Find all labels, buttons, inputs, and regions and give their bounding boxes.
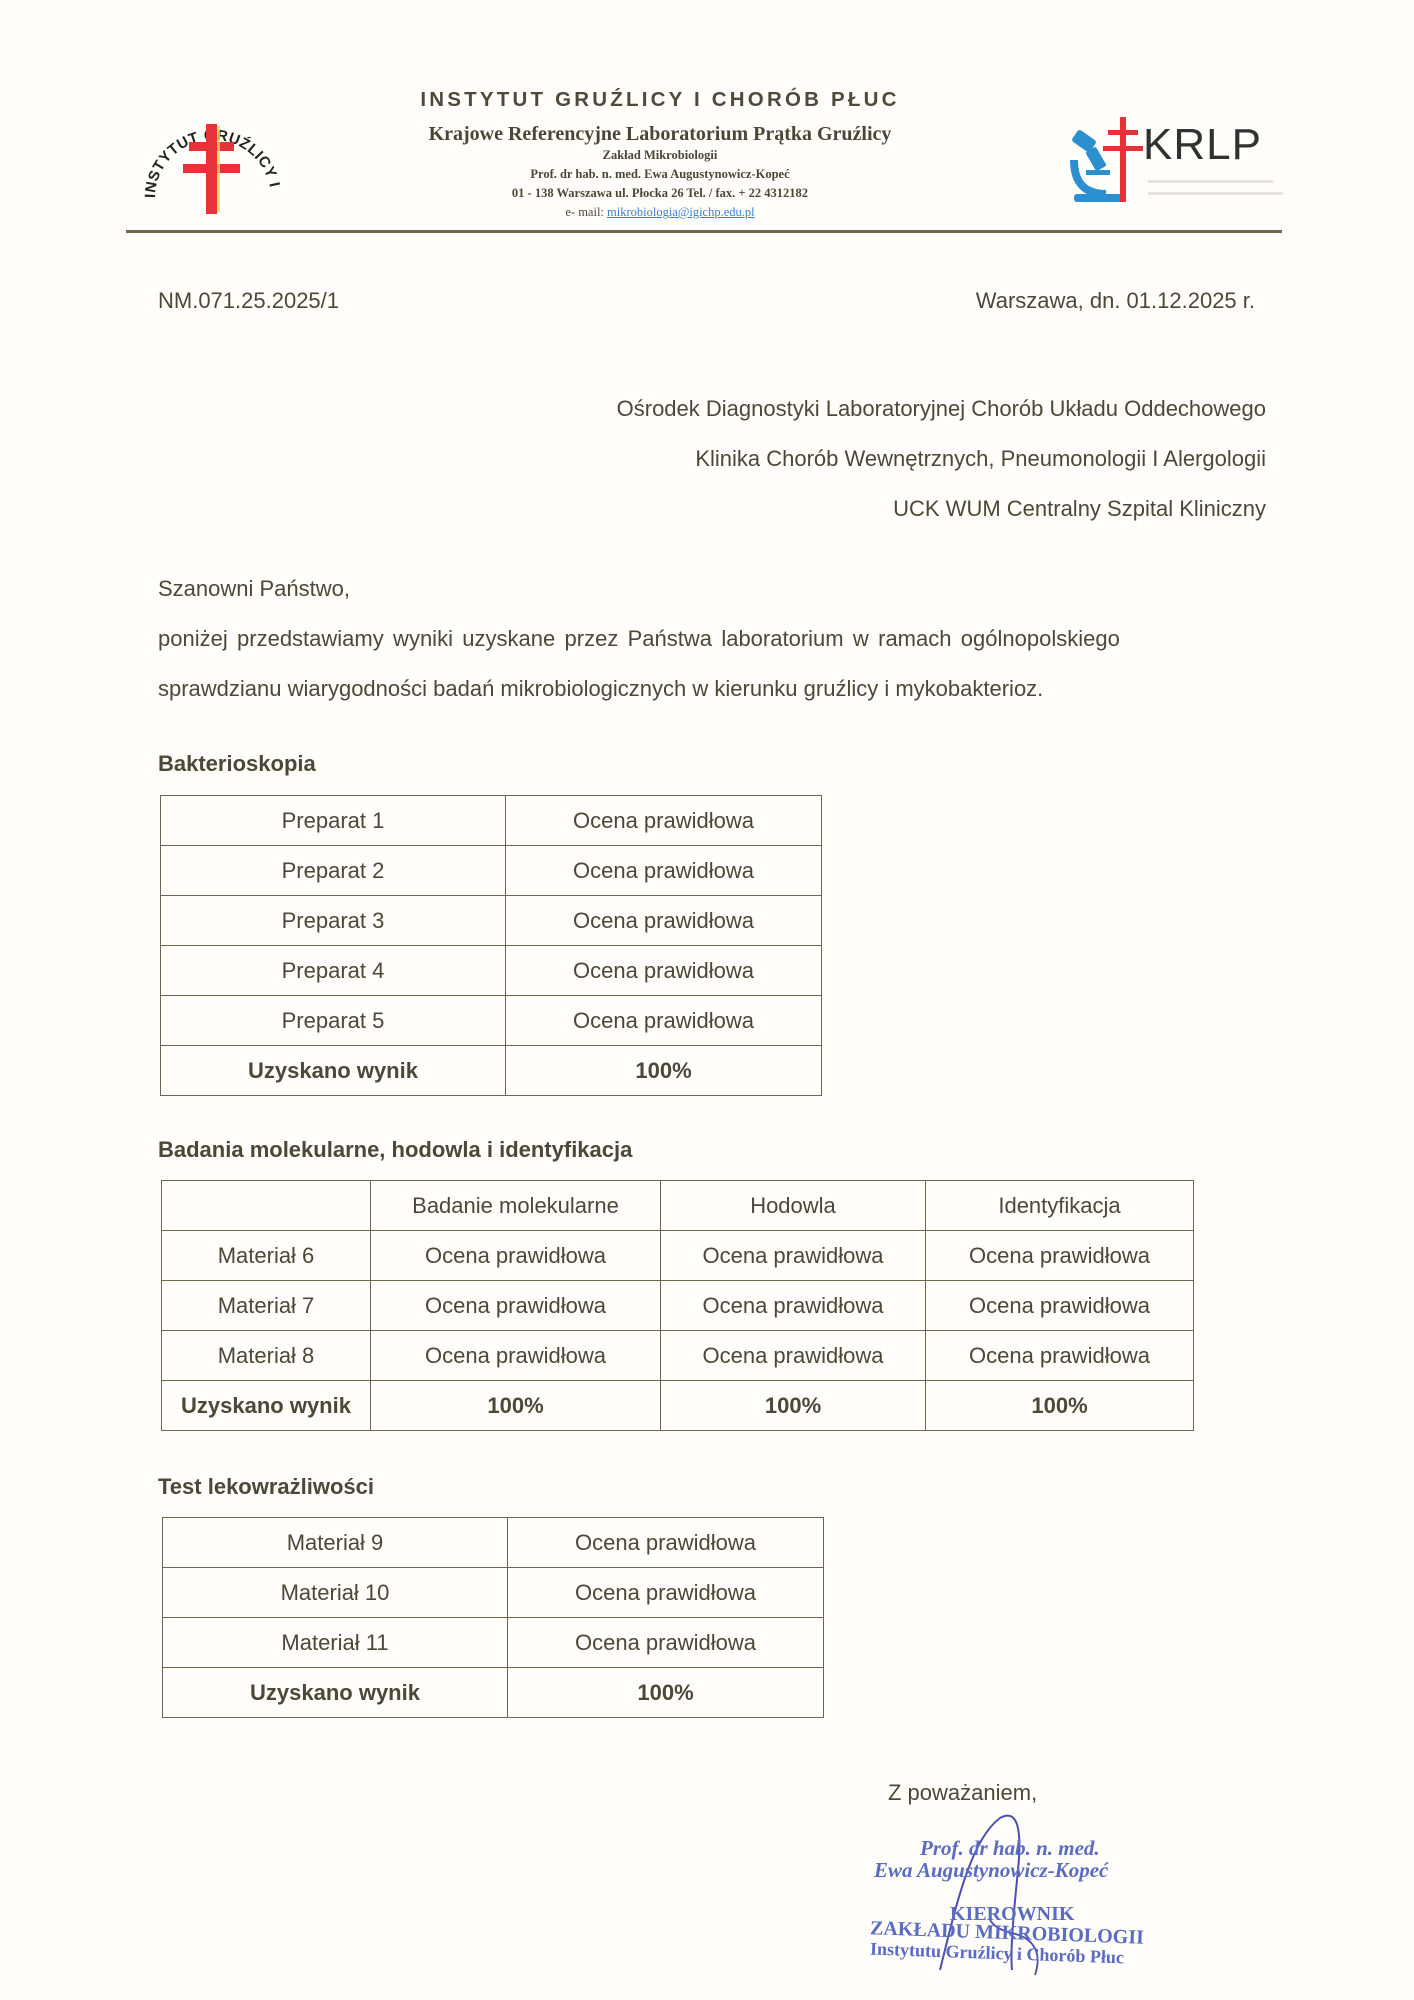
result-cell: Ocena prawidłowa xyxy=(506,946,822,996)
header-cell: Identyfikacja xyxy=(926,1181,1194,1231)
table-row: Materiał 8 Ocena prawidłowa Ocena prawid… xyxy=(162,1331,1194,1381)
section-title-molecular: Badania molekularne, hodowla i identyfik… xyxy=(158,1137,632,1163)
header-cell: Hodowla xyxy=(661,1181,926,1231)
summary-value: 100% xyxy=(661,1381,926,1431)
section-title-susceptibility: Test lekowrażliwości xyxy=(158,1474,374,1500)
sample-cell: Preparat 3 xyxy=(161,896,506,946)
result-cell: Ocena prawidłowa xyxy=(926,1231,1194,1281)
result-cell: Ocena prawidłowa xyxy=(506,796,822,846)
summary-row: Uzyskano wynik100% xyxy=(161,1046,822,1096)
sample-cell: Materiał 8 xyxy=(162,1331,371,1381)
recipient-line: Klinika Chorób Wewnętrznych, Pneumonolog… xyxy=(695,446,1266,472)
result-cell: Ocena prawidłowa xyxy=(508,1568,824,1618)
result-cell: Ocena prawidłowa xyxy=(661,1331,926,1381)
result-cell: Ocena prawidłowa xyxy=(506,846,822,896)
table-row: Materiał 7 Ocena prawidłowa Ocena prawid… xyxy=(162,1281,1194,1331)
summary-value: 100% xyxy=(508,1668,824,1718)
result-cell: Ocena prawidłowa xyxy=(506,996,822,1046)
email-link[interactable]: mikrobiologia@igichp.edu.pl xyxy=(607,205,755,219)
krlp-tagline-line xyxy=(1148,180,1273,183)
reference-number: NM.071.25.2025/1 xyxy=(158,288,339,314)
greeting: Szanowni Państwo, xyxy=(158,576,350,602)
microscope-cross-logo-icon xyxy=(1068,112,1148,207)
sample-cell: Materiał 10 xyxy=(163,1568,508,1618)
krlp-logo: KRLP xyxy=(1068,112,1288,207)
sample-cell: Preparat 5 xyxy=(161,996,506,1046)
department-head: Prof. dr hab. n. med. Ewa Augustynowicz-… xyxy=(400,167,920,182)
sample-cell: Preparat 1 xyxy=(161,796,506,846)
sample-cell: Preparat 2 xyxy=(161,846,506,896)
header-cell: Badanie molekularne xyxy=(371,1181,661,1231)
laboratory-name: Krajowe Referencyjne Laboratorium Prątka… xyxy=(400,123,920,146)
bakterioskopia-table: Preparat 1Ocena prawidłowa Preparat 2Oce… xyxy=(160,795,822,1096)
susceptibility-table: Materiał 9Ocena prawidłowa Materiał 10Oc… xyxy=(162,1517,824,1718)
summary-label: Uzyskano wynik xyxy=(163,1668,508,1718)
table-row: Preparat 5Ocena prawidłowa xyxy=(161,996,822,1046)
krlp-tagline-line xyxy=(1148,192,1283,195)
sample-cell: Materiał 9 xyxy=(163,1518,508,1568)
summary-row: Uzyskano wynik 100% 100% 100% xyxy=(162,1381,1194,1431)
table-row: Preparat 2Ocena prawidłowa xyxy=(161,846,822,896)
body-paragraph-line: sprawdzianu wiarygodności badań mikrobio… xyxy=(158,676,1043,702)
sample-cell: Preparat 4 xyxy=(161,946,506,996)
lorraine-cross-logo-icon: INSTYTUT GRUŹLICY I CHORÓB PŁUC xyxy=(133,98,293,220)
result-cell: Ocena prawidłowa xyxy=(508,1618,824,1668)
department-name: Zakład Mikrobiologii xyxy=(400,148,920,163)
recipient-line: Ośrodek Diagnostyki Laboratoryjnej Choró… xyxy=(617,396,1266,422)
email-label: e- mail: xyxy=(565,205,607,219)
summary-label: Uzyskano wynik xyxy=(161,1046,506,1096)
summary-value: 100% xyxy=(371,1381,661,1431)
result-cell: Ocena prawidłowa xyxy=(926,1331,1194,1381)
body-paragraph-line: poniżej przedstawiamy wyniki uzyskane pr… xyxy=(158,626,1120,652)
email-line: e- mail: mikrobiologia@igichp.edu.pl xyxy=(400,205,920,220)
institute-logo: INSTYTUT GRUŹLICY I CHORÓB PŁUC xyxy=(133,98,293,220)
summary-value: 100% xyxy=(506,1046,822,1096)
result-cell: Ocena prawidłowa xyxy=(926,1281,1194,1331)
table-row: Preparat 4Ocena prawidłowa xyxy=(161,946,822,996)
header-cell xyxy=(162,1181,371,1231)
table-row: Materiał 10Ocena prawidłowa xyxy=(163,1568,824,1618)
recipient-line: UCK WUM Centralny Szpital Kliniczny xyxy=(893,496,1266,522)
result-cell: Ocena prawidłowa xyxy=(371,1281,661,1331)
address: 01 - 138 Warszawa ul. Płocka 26 Tel. / f… xyxy=(400,186,920,201)
table-row: Preparat 3Ocena prawidłowa xyxy=(161,896,822,946)
section-title-bakterioskopia: Bakterioskopia xyxy=(158,751,316,777)
sample-cell: Materiał 11 xyxy=(163,1618,508,1668)
result-cell: Ocena prawidłowa xyxy=(371,1231,661,1281)
table-row: Materiał 9Ocena prawidłowa xyxy=(163,1518,824,1568)
sample-cell: Materiał 7 xyxy=(162,1281,371,1331)
summary-value: 100% xyxy=(926,1381,1194,1431)
header-row: Badanie molekularne Hodowla Identyfikacj… xyxy=(162,1181,1194,1231)
table-row: Preparat 1Ocena prawidłowa xyxy=(161,796,822,846)
summary-label: Uzyskano wynik xyxy=(162,1381,371,1431)
header-divider xyxy=(126,230,1282,233)
result-cell: Ocena prawidłowa xyxy=(661,1281,926,1331)
result-cell: Ocena prawidłowa xyxy=(508,1518,824,1568)
molecular-table: Badanie molekularne Hodowla Identyfikacj… xyxy=(161,1180,1194,1431)
sample-cell: Materiał 6 xyxy=(162,1231,371,1281)
institute-name: INSTYTUT GRUŹLICY I CHORÓB PŁUC xyxy=(400,88,920,112)
letter-date: Warszawa, dn. 01.12.2025 r. xyxy=(976,288,1255,314)
result-cell: Ocena prawidłowa xyxy=(661,1231,926,1281)
table-row: Materiał 6 Ocena prawidłowa Ocena prawid… xyxy=(162,1231,1194,1281)
result-cell: Ocena prawidłowa xyxy=(506,896,822,946)
table-row: Materiał 11Ocena prawidłowa xyxy=(163,1618,824,1668)
stamp-name-line: Ewa Augustynowicz-Kopeć xyxy=(874,1858,1108,1883)
result-cell: Ocena prawidłowa xyxy=(371,1331,661,1381)
krlp-logo-text: KRLP xyxy=(1143,120,1262,170)
summary-row: Uzyskano wynik100% xyxy=(163,1668,824,1718)
